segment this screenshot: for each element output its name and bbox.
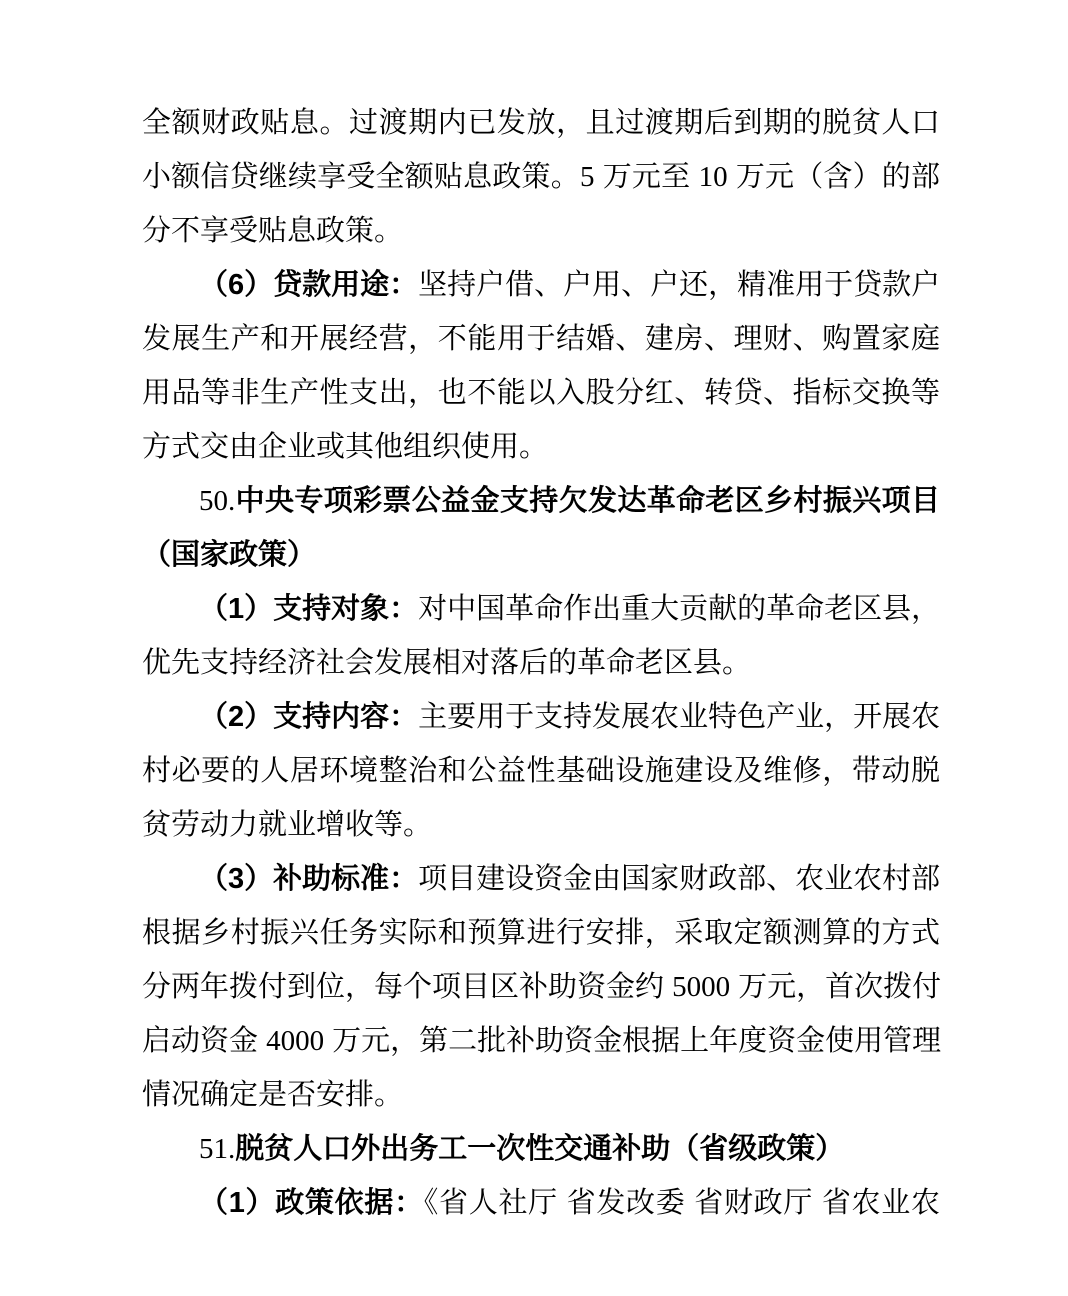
text-segment: 全额财政贴息。过渡期内已发放，且过渡期后到期的脱贫人口 xyxy=(142,107,940,139)
text-line: 村必要的人居环境整治和公益性基础设施建设及维修，带动脱 xyxy=(142,744,940,798)
text-line: 分不享受贴息政策。 xyxy=(142,204,940,258)
text-segment: 5000 xyxy=(672,971,730,1003)
text-segment: 万元，首次拨付 xyxy=(730,971,941,1003)
text-segment: 4000 xyxy=(266,1025,324,1057)
document-page: 全额财政贴息。过渡期内已发放，且过渡期后到期的脱贫人口小额信贷继续享受全额贴息政… xyxy=(0,0,1068,1296)
text-line: 根据乡村振兴任务实际和预算进行安排，采取定额测算的方式 xyxy=(142,906,940,960)
text-segment: 51. xyxy=(199,1133,235,1165)
text-segment: 启动资金 xyxy=(142,1025,266,1057)
text-segment: 优先支持经济社会发展相对落后的革命老区县。 xyxy=(142,647,751,679)
text-segment: 坚持户借、户用、户还，精准用于贷款户 xyxy=(418,269,940,301)
text-segment: （国家政策） xyxy=(142,539,316,571)
text-segment: 情况确定是否安排。 xyxy=(142,1079,403,1111)
text-line: （1）支持对象：对中国革命作出重大贡献的革命老区县， xyxy=(142,582,940,636)
text-segment: 项目建设资金由国家财政部、农业农村部 xyxy=(418,863,940,895)
text-segment: 50. xyxy=(199,485,235,517)
text-segment: 主要用于支持发展农业特色产业，开展农 xyxy=(418,701,940,733)
text-line: 方式交由企业或其他组织使用。 xyxy=(142,420,940,474)
text-segment: （1）支持对象： xyxy=(199,593,418,625)
text-line: 优先支持经济社会发展相对落后的革命老区县。 xyxy=(142,636,940,690)
text-segment: 5 xyxy=(580,161,595,193)
text-line: 发展生产和开展经营，不能用于结婚、建房、理财、购置家庭 xyxy=(142,312,940,366)
text-segment: 小额信贷继续享受全额贴息政策。 xyxy=(142,161,580,193)
text-segment: 方式交由企业或其他组织使用。 xyxy=(142,431,548,463)
text-line: （国家政策） xyxy=(142,528,940,582)
text-line: 全额财政贴息。过渡期内已发放，且过渡期后到期的脱贫人口 xyxy=(142,96,940,150)
text-line: 情况确定是否安排。 xyxy=(142,1068,940,1122)
text-line: 分两年拨付到位，每个项目区补助资金约 5000 万元，首次拨付 xyxy=(142,960,940,1014)
text-line: 用品等非生产性支出，也不能以入股分红、转贷、指标交换等 xyxy=(142,366,940,420)
document-content: 全额财政贴息。过渡期内已发放，且过渡期后到期的脱贫人口小额信贷继续享受全额贴息政… xyxy=(142,96,940,1230)
text-segment: （2）支持内容： xyxy=(199,701,418,733)
text-segment: 中央专项彩票公益金支持欠发达革命老区乡村振兴项目 xyxy=(235,485,940,517)
text-line: （3）补助标准：项目建设资金由国家财政部、农业农村部 xyxy=(142,852,940,906)
text-segment: 对中国革命作出重大贡献的革命老区县， xyxy=(418,593,940,625)
text-line: 小额信贷继续享受全额贴息政策。5 万元至 10 万元（含）的部 xyxy=(142,150,940,204)
text-segment: （6）贷款用途： xyxy=(199,269,418,301)
text-line: （6）贷款用途：坚持户借、户用、户还，精准用于贷款户 xyxy=(142,258,940,312)
text-line: （2）支持内容：主要用于支持发展农业特色产业，开展农 xyxy=(142,690,940,744)
text-segment: 分两年拨付到位，每个项目区补助资金约 xyxy=(142,971,672,1003)
text-line: （1）政策依据：《省人社厅 省发改委 省财政厅 省农业农 xyxy=(142,1176,940,1230)
text-segment: 发展生产和开展经营，不能用于结婚、建房、理财、购置家庭 xyxy=(142,323,940,355)
text-segment: 贫劳动力就业增收等。 xyxy=(142,809,432,841)
text-segment: 万元，第二批补助资金根据上年度资金使用管理 xyxy=(324,1025,941,1057)
text-segment: 脱贫人口外出务工一次性交通补助（省级政策） xyxy=(235,1133,844,1165)
text-segment: （1）政策依据： xyxy=(199,1187,424,1219)
text-segment: 根据乡村振兴任务实际和预算进行安排，采取定额测算的方式 xyxy=(142,917,940,949)
text-segment: （3）补助标准： xyxy=(199,863,418,895)
text-line: 51.脱贫人口外出务工一次性交通补助（省级政策） xyxy=(142,1122,940,1176)
text-segment: 10 xyxy=(699,161,728,193)
text-line: 50.中央专项彩票公益金支持欠发达革命老区乡村振兴项目 xyxy=(142,474,940,528)
text-line: 启动资金 4000 万元，第二批补助资金根据上年度资金使用管理 xyxy=(142,1014,940,1068)
text-segment: 用品等非生产性支出，也不能以入股分红、转贷、指标交换等 xyxy=(142,377,940,409)
text-segment: 《省人社厅 省发改委 省财政厅 省农业农 xyxy=(424,1187,940,1219)
text-segment: 万元（含）的部 xyxy=(728,161,940,193)
text-segment: 村必要的人居环境整治和公益性基础设施建设及维修，带动脱 xyxy=(142,755,940,787)
text-line: 贫劳动力就业增收等。 xyxy=(142,798,940,852)
text-segment: 分不享受贴息政策。 xyxy=(142,215,403,247)
text-segment: 万元至 xyxy=(594,161,698,193)
